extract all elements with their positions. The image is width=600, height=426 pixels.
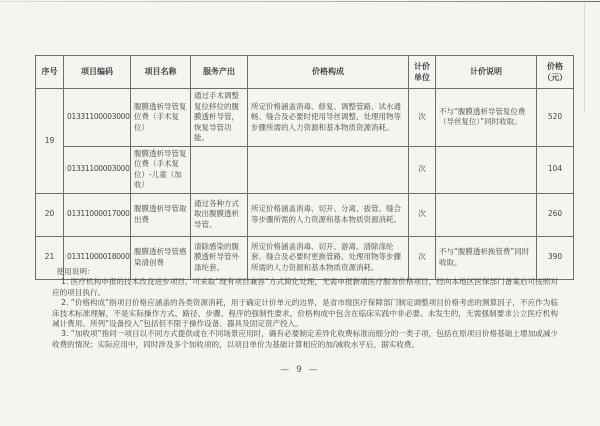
table-row: 20013110000170000腹膜透析导管取出费通过各种方式取出腹膜透析导管… — [36, 193, 574, 236]
cell-unit: 次 — [409, 193, 436, 236]
cell-unit: 次 — [409, 146, 436, 193]
cell-unit: 次 — [409, 89, 436, 147]
cell-name: 腹膜透析导管复位费（手术复位） — [131, 89, 191, 147]
header-output: 服务产出 — [191, 56, 248, 89]
cell-seq: 19 — [36, 89, 64, 194]
header-code: 项目编码 — [64, 56, 131, 89]
table-header-row: 序号 项目编码 项目名称 服务产出 价格构成 计价 单位 计价说明 价格 （元） — [36, 56, 574, 89]
cell-output: 通过各种方式取出腹膜透析导管。 — [191, 193, 248, 236]
cell-composition: 所定价格涵盖消毒、修复、调整管路、试水通畅、缝合及必要时使用导丝调整、处理用物等… — [248, 89, 409, 147]
cell-code: 013311000030001 — [64, 146, 131, 193]
cell-composition: 所定价格涵盖消毒、切开、分离、拔管、缝合等步骤所需的人力资源和基本物质资源消耗。 — [248, 193, 409, 236]
cell-code: 013110000170000 — [64, 193, 131, 236]
header-unit: 计价 单位 — [409, 56, 436, 89]
cell-note: 不与“腹膜透析导管复位费（导丝复位）”同时收取。 — [436, 89, 537, 147]
cell-note — [436, 146, 537, 193]
usage-note-item: 2. “价格构成”指项目价格应涵盖的各类资源消耗，用于确定计价单元的边界，是省市… — [52, 298, 558, 329]
cell-output — [191, 146, 248, 193]
usage-note-item: 1. 医疗机构申报的技术改良进步项目，可采取“现有项目兼容”方式简化处理，无需申… — [52, 277, 558, 298]
header-note: 计价说明 — [436, 56, 537, 89]
cell-note — [436, 193, 537, 236]
usage-notes: 使用说明： 1. 医疗机构申报的技术改良进步项目，可采取“现有项目兼容”方式简化… — [52, 267, 558, 350]
header-name: 项目名称 — [131, 56, 191, 89]
page-number: — 9 — — [0, 365, 600, 375]
table-row: 19013311000030000腹膜透析导管复位费（手术复位）通过手术调整复位… — [36, 89, 574, 147]
usage-notes-title: 使用说明： — [52, 267, 558, 277]
usage-note-item: 3. “加收项”指同一项目以不同方式提供或在不同场景应用时，确有必要制定差异化收… — [52, 329, 558, 350]
scan-top-edge — [0, 1, 600, 2]
cell-name: 腹膜透析导管取出费 — [131, 193, 191, 236]
header-composition: 价格构成 — [248, 56, 409, 89]
price-table-body: 19013311000030000腹膜透析导管复位费（手术复位）通过手术调整复位… — [36, 89, 574, 280]
scan-right-edge — [584, 3, 585, 113]
cell-composition — [248, 146, 409, 193]
cell-output: 通过手术调整复位移位的腹膜透析导管，恢复导管功能。 — [191, 89, 248, 147]
cell-price: 520 — [537, 89, 574, 147]
cell-price: 260 — [537, 193, 574, 236]
cell-price: 104 — [537, 146, 574, 193]
cell-seq: 20 — [36, 193, 64, 236]
cell-name: 腹膜透析导管复位费（手术复位）-儿童（加收） — [131, 146, 191, 193]
table-header: 序号 项目编码 项目名称 服务产出 价格构成 计价 单位 计价说明 价格 （元） — [36, 56, 574, 89]
header-price: 价格 （元） — [537, 56, 574, 89]
scanned-document-page: 序号 项目编码 项目名称 服务产出 价格构成 计价 单位 计价说明 价格 （元）… — [0, 0, 600, 426]
price-item-table: 序号 项目编码 项目名称 服务产出 价格构成 计价 单位 计价说明 价格 （元）… — [35, 55, 574, 280]
header-seq: 序号 — [36, 56, 64, 89]
cell-code: 013311000030000 — [64, 89, 131, 147]
table-row: 013311000030001腹膜透析导管复位费（手术复位）-儿童（加收）次10… — [36, 146, 574, 193]
